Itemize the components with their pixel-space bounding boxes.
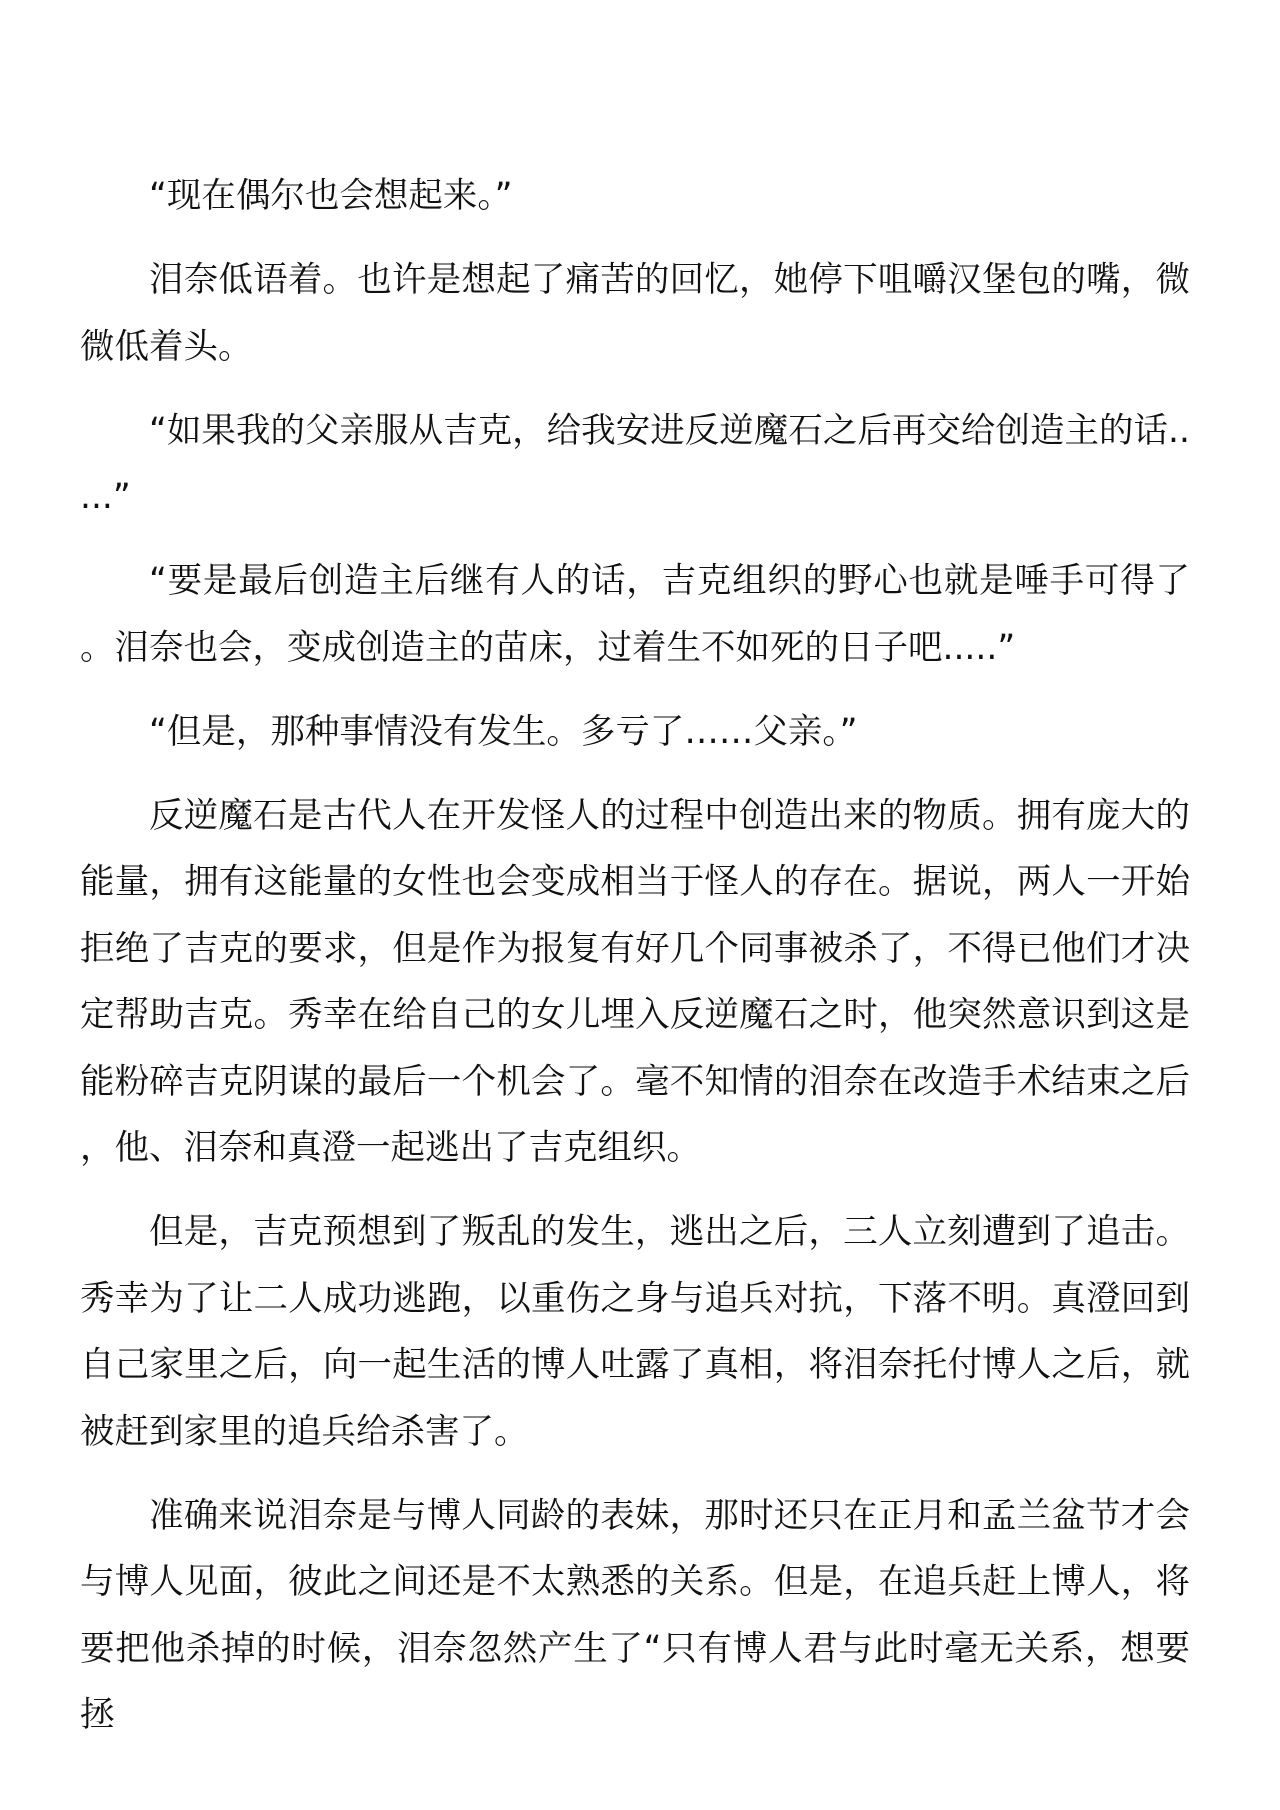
document-body: “现在偶尔也会想起来。” 泪奈低语着。也许是想起了痛苦的回忆，她停下咀嚼汉堡包的… — [80, 163, 1190, 1766]
paragraph-dialogue-father: “如果我的父亲服从吉克，给我安进反逆魔石之后再交给创造主的话.....” — [80, 398, 1190, 531]
paragraph-narration-cousin: 准确来说泪奈是与博人同龄的表妹，那时还只在正月和孟兰盆节才会与博人见面，彼此之间… — [80, 1483, 1190, 1749]
paragraph-dialogue-creator: “要是最后创造主后继有人的话，吉克组织的野心也就是唾手可得了。泪奈也会，变成创造… — [80, 548, 1190, 681]
paragraph-narration-whisper: 泪奈低语着。也许是想起了痛苦的回忆，她停下咀嚼汉堡包的嘴，微微低着头。 — [80, 247, 1190, 380]
paragraph-dialogue-thanks-father: “但是，那种事情没有发生。多亏了……父亲。” — [80, 699, 1190, 766]
paragraph-dialogue-remember: “现在偶尔也会想起来。” — [80, 163, 1190, 230]
paragraph-narration-magic-stone: 反逆魔石是古代人在开发怪人的过程中创造出来的物质。拥有庞大的能量，拥有这能量的女… — [80, 783, 1190, 1182]
paragraph-narration-pursuit: 但是，吉克预想到了叛乱的发生，逃出之后，三人立刻遭到了追击。秀幸为了让二人成功逃… — [80, 1199, 1190, 1465]
document-page: “现在偶尔也会想起来。” 泪奈低语着。也许是想起了痛苦的回忆，她停下咀嚼汉堡包的… — [0, 0, 1280, 1810]
